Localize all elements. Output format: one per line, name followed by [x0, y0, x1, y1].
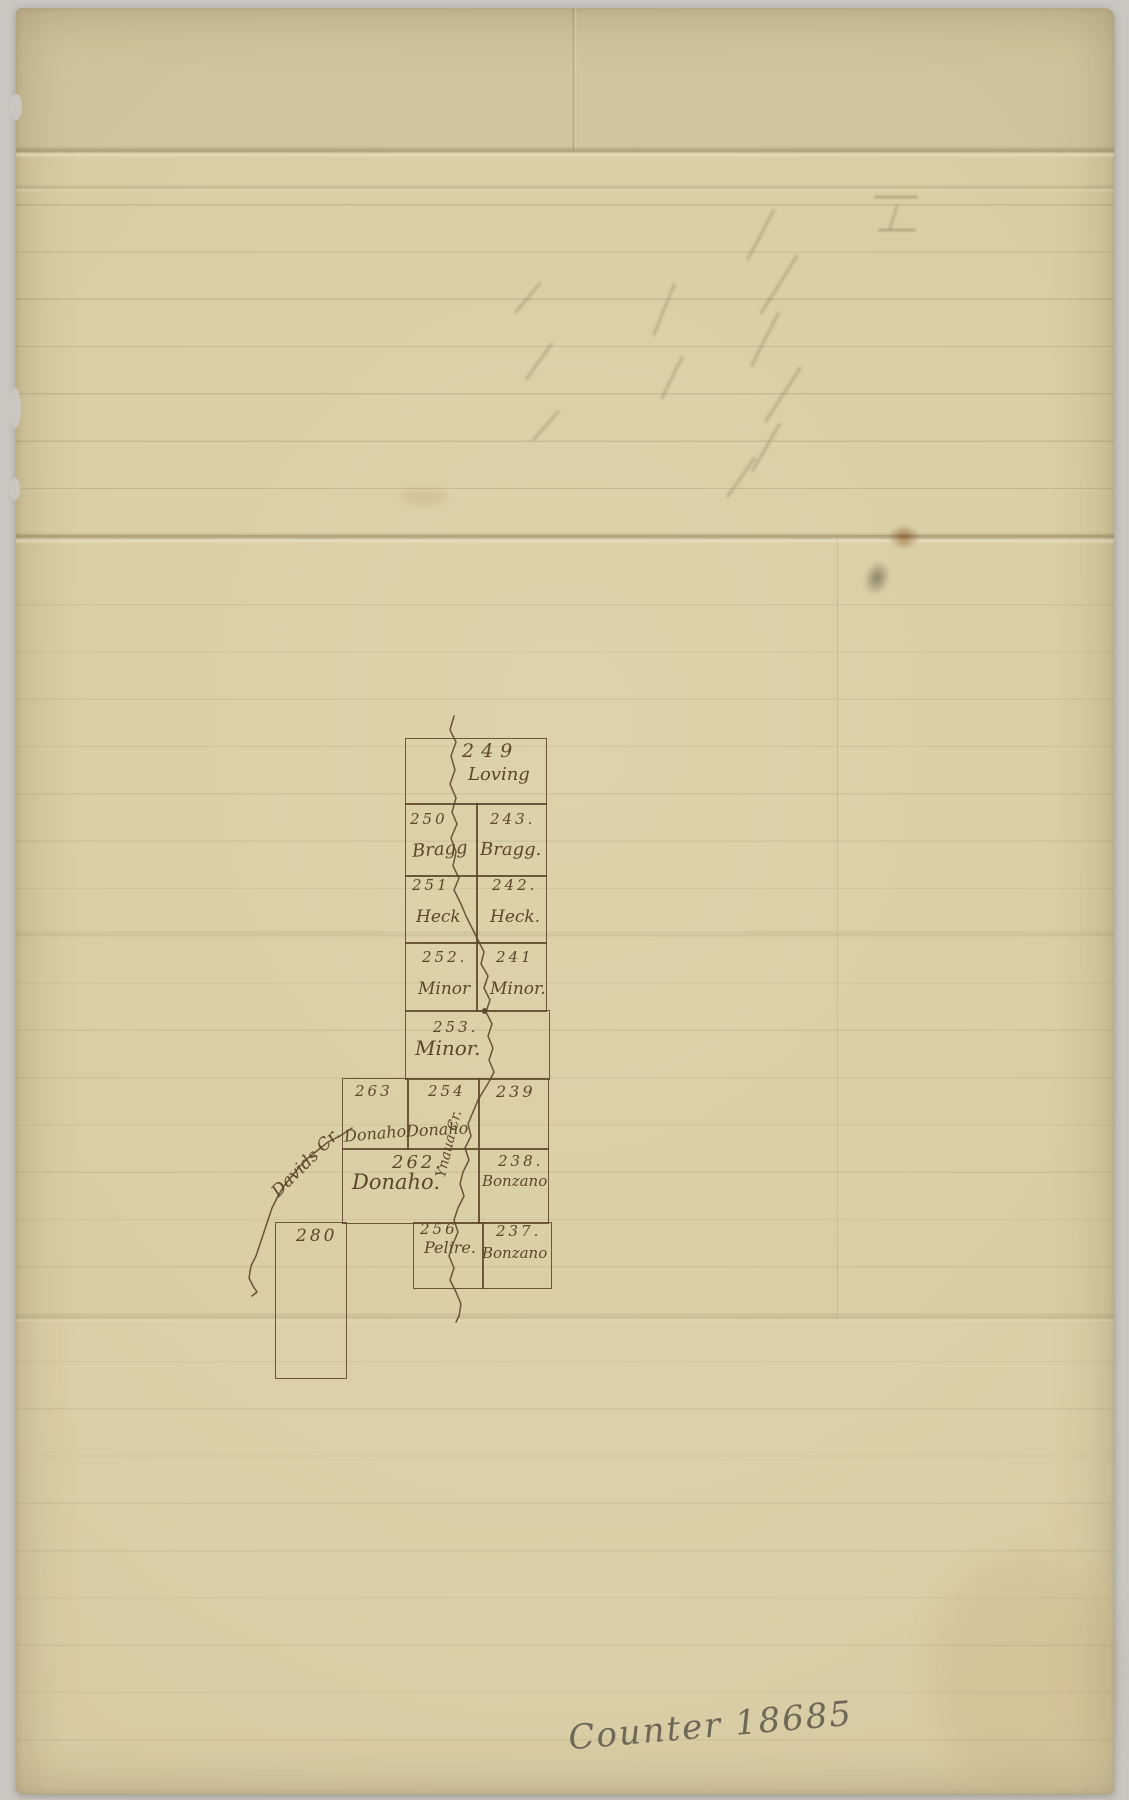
survey-number-252: 252.	[422, 948, 467, 966]
survey-number-249: 249	[462, 740, 519, 762]
survey-name-249: Loving	[468, 764, 530, 785]
paper-sheet: 249 Loving 250 Bragg 243. Bragg. 251 Hec…	[16, 8, 1114, 1794]
survey-name-241: Minor.	[490, 979, 546, 999]
survey-number-253: 253.	[433, 1018, 478, 1036]
survey-number-243: 243.	[490, 810, 535, 828]
survey-number-239: 239	[496, 1082, 536, 1101]
survey-name-242: Heck.	[490, 907, 540, 927]
survey-name-237: Bonzano	[482, 1244, 547, 1262]
survey-number-237: 237.	[496, 1222, 541, 1240]
survey-number-263: 263	[355, 1082, 393, 1100]
survey-name-250: Bragg	[411, 837, 468, 862]
survey-name-251: Heck	[416, 907, 461, 927]
survey-number-241: 241	[496, 948, 534, 966]
survey-number-250: 250	[410, 810, 448, 828]
creek-lines	[16, 8, 1114, 1794]
survey-name-238: Bonzano	[482, 1172, 547, 1190]
survey-number-242: 242.	[492, 876, 537, 894]
survey-name-253: Minor.	[415, 1036, 481, 1060]
survey-number-256: 256	[420, 1220, 458, 1238]
survey-number-238: 238.	[498, 1152, 543, 1170]
survey-number-251: 251	[412, 876, 450, 894]
survey-name-256: Pelire.	[424, 1238, 476, 1257]
survey-name-252: Minor	[418, 979, 470, 999]
survey-name-243: Bragg.	[480, 839, 541, 860]
scanned-document: 249 Loving 250 Bragg 243. Bragg. 251 Hec…	[0, 0, 1129, 1800]
survey-number-280: 280	[296, 1226, 337, 1246]
survey-name-262: Donaho.	[352, 1170, 440, 1194]
